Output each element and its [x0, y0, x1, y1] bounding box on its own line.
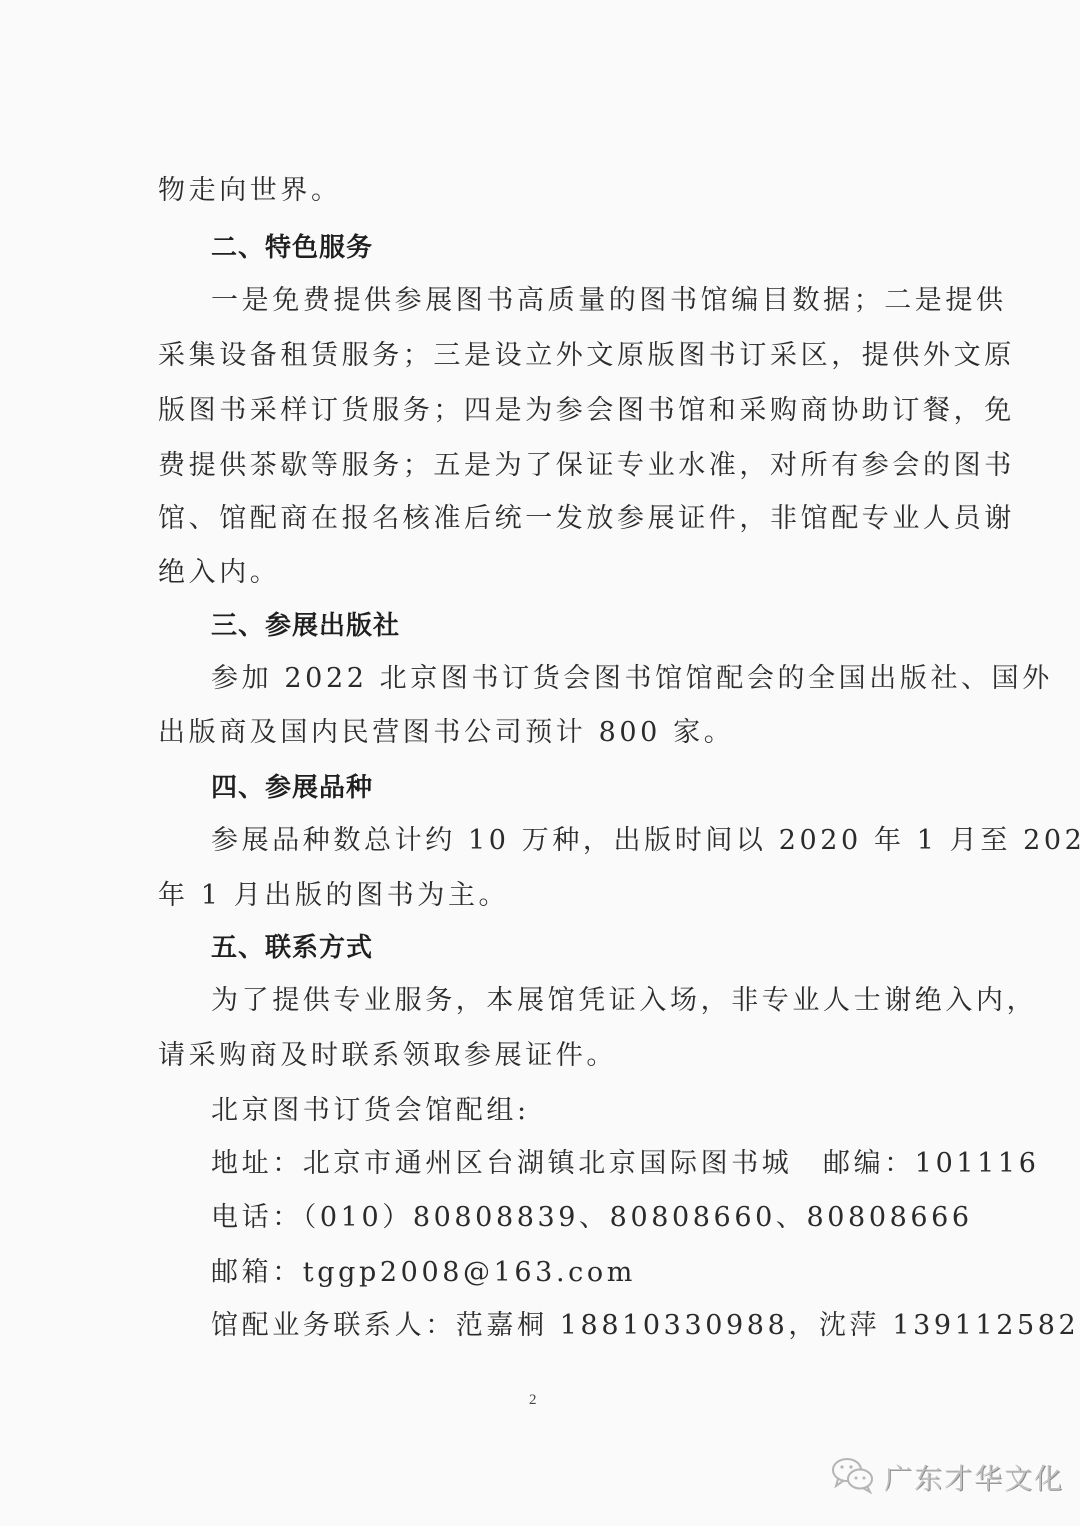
text-line: 费提供茶歇等服务；五是为了保证专业水准，对所有参会的图书 [158, 450, 1015, 482]
section-heading-contact: 五、联系方式 [211, 932, 373, 964]
watermark: 广东才华文化 [830, 1455, 1064, 1499]
text-line: 版图书采样订货服务；四是为参会图书馆和采购商协助订餐，免 [158, 395, 1015, 427]
text-line: 请采购商及时联系领取参展证件。 [158, 1040, 617, 1072]
text-line: 物走向世界。 [158, 175, 342, 207]
page-number: 2 [529, 1392, 537, 1409]
text-line: 参加 2022 北京图书订货会图书馆馆配会的全国出版社、国外 [211, 663, 1053, 695]
document-page: 物走向世界。 二、特色服务 一是免费提供参展图书高质量的图书馆编目数据；二是提供… [0, 0, 1080, 1526]
section-heading-publishers: 三、参展出版社 [211, 610, 400, 642]
contact-group-label: 北京图书订货会馆配组: [211, 1095, 530, 1127]
contact-address: 地址：北京市通州区台湖镇北京国际图书城 邮编：101116 [211, 1148, 1039, 1180]
contact-persons: 馆配业务联系人：范嘉桐 18810330988，沈萍 13911258298 [211, 1310, 1080, 1342]
text-line: 为了提供专业服务，本展馆凭证入场，非专业人士谢绝入内， [211, 985, 1037, 1017]
wechat-icon [830, 1455, 876, 1499]
contact-phone: 电话：（010）80808839、80808660、80808666 [211, 1202, 973, 1234]
text-line: 参展品种数总计约 10 万种，出版时间以 2020 年 1 月至 2022 [211, 825, 1080, 857]
section-heading-special-services: 二、特色服务 [211, 232, 373, 264]
contact-email: 邮箱：tggp2008@163.com [211, 1257, 636, 1289]
watermark-text: 广东才华文化 [884, 1457, 1064, 1497]
text-line: 馆、馆配商在报名核准后统一发放参展证件，非馆配专业人员谢 [158, 503, 1015, 535]
text-line: 一是免费提供参展图书高质量的图书馆编目数据；二是提供 [211, 285, 1007, 317]
text-line: 年 1 月出版的图书为主。 [158, 880, 509, 912]
text-line: 绝入内。 [158, 557, 280, 589]
text-line: 采集设备租赁服务；三是设立外文原版图书订采区，提供外文原 [158, 340, 1015, 372]
section-heading-varieties: 四、参展品种 [211, 772, 373, 804]
text-line: 出版商及国内民营图书公司预计 800 家。 [158, 717, 734, 749]
